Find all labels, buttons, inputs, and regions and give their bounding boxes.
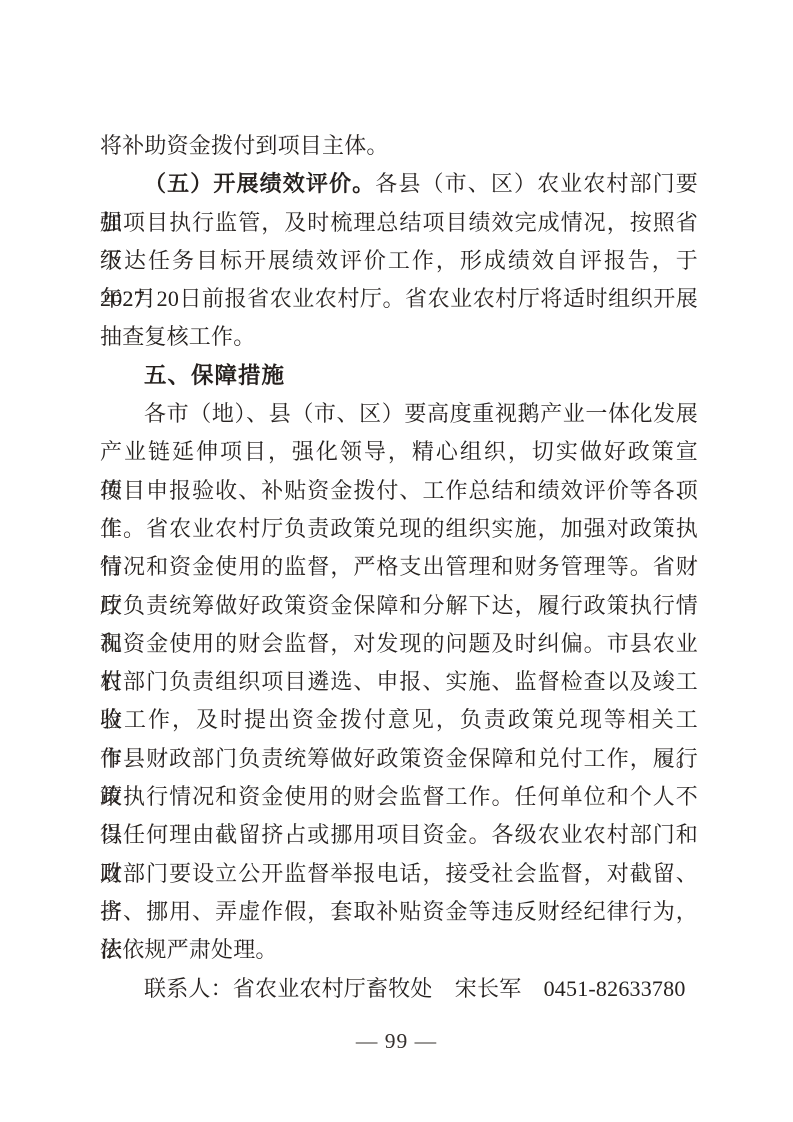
text-line: 作。省农业农村厅负责政策兑现的组织实施，加强对政策执行: [100, 510, 698, 548]
text-line: 占、挪用、弄虚作假，套取补贴资金等违反财经纪律行为，依: [100, 893, 698, 931]
document-page: 将补助资金拨付到项目主体。 （五）开展绩效评价。各县（市、区）农业农村部门要加 …: [0, 0, 793, 1122]
text-line: （五）开展绩效评价。各县（市、区）农业农村部门要加: [100, 165, 698, 203]
text-line: 法依规严肃处理。: [100, 931, 698, 969]
text-line: 强项目执行监管，及时梳理总结项目绩效完成情况，按照省级: [100, 204, 698, 242]
text-line: 收工作，及时提出资金拨付意见，负责政策兑现等相关工作。: [100, 701, 698, 739]
section-heading: 五、保障措施: [100, 357, 698, 395]
text-line: 策执行情况和资金使用的财会监督工作。任何单位和个人不得: [100, 778, 698, 816]
text-line: 产业链延伸项目，强化领导，精心组织，切实做好政策宣传、: [100, 433, 698, 471]
text-line: 厅负责统筹做好政策资金保障和分解下达，履行政策执行情况: [100, 587, 698, 625]
document-body: 将补助资金拨付到项目主体。 （五）开展绩效评价。各县（市、区）农业农村部门要加 …: [100, 127, 698, 1008]
text-line: 各市（地）、县（市、区）要高度重视鹅产业一体化发展: [100, 395, 698, 433]
text-line: 下达任务目标开展绩效评价工作，形成绩效自评报告，于2027: [100, 242, 698, 280]
contact-line: 联系人：省农业农村厅畜牧处 宋长军 0451-82633780: [100, 970, 698, 1008]
text-line: 政部门要设立公开监督举报电话，接受社会监督，对截留、挤: [100, 855, 698, 893]
text-line: 年2月20日前报省农业农村厅。省农业农村厅将适时组织开展: [100, 280, 698, 318]
text-line: 项目申报验收、补贴资金拨付、工作总结和绩效评价等各项工: [100, 472, 698, 510]
page-number: — 99 —: [356, 1029, 437, 1053]
text-line: 情况和资金使用的监督，严格支出管理和财务管理等。省财政: [100, 548, 698, 586]
text-line: 将补助资金拨付到项目主体。: [100, 127, 698, 165]
text-line: 抽查复核工作。: [100, 318, 698, 356]
text-line: 村部门负责组织项目遴选、申报、实施、监督检查以及竣工验: [100, 663, 698, 701]
page-footer: — 99 —: [0, 1022, 793, 1060]
text-line: 和资金使用的财会监督，对发现的问题及时纠偏。市县农业农: [100, 625, 698, 663]
subsection-heading: （五）开展绩效评价。: [144, 171, 375, 196]
text-line: 市县财政部门负责统筹做好政策资金保障和兑付工作，履行政: [100, 740, 698, 778]
text-line: 以任何理由截留挤占或挪用项目资金。各级农业农村部门和财: [100, 816, 698, 854]
